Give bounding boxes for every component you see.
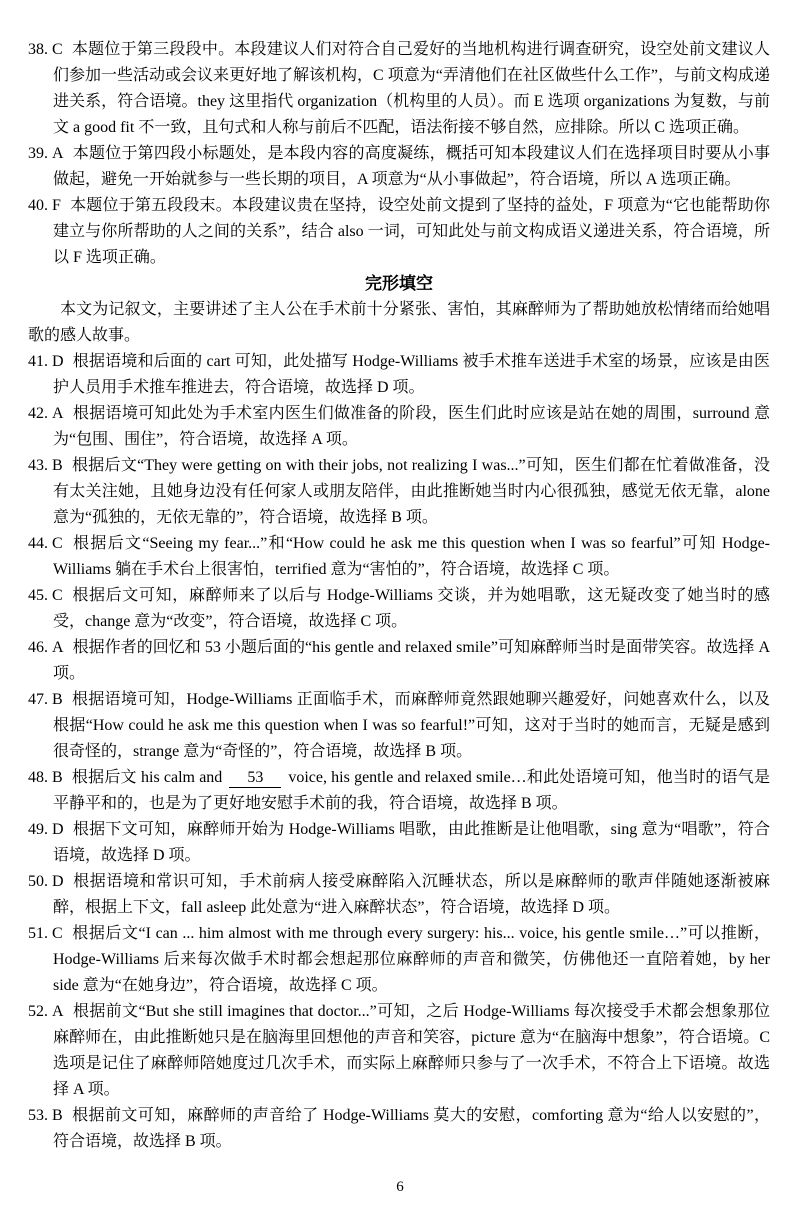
explanation-item-46: 46.A根据作者的回忆和 53 小题后面的“his gentle and rel… bbox=[28, 635, 770, 687]
item-text: 根据作者的回忆和 53 小题后面的“his gentle and relaxed… bbox=[53, 639, 770, 682]
item-answer: C bbox=[52, 535, 63, 552]
item-number: 46. bbox=[28, 639, 48, 656]
item-number: 44. bbox=[28, 535, 48, 552]
item-number: 48. bbox=[28, 769, 48, 786]
answer-key-page: { "page": { "number": "6" }, "reading": … bbox=[0, 0, 800, 1214]
item-answer: D bbox=[52, 353, 64, 370]
explanation-item-52: 52.A根据前文“But she still imagines that doc… bbox=[28, 999, 770, 1103]
item-answer: B bbox=[52, 457, 63, 474]
cloze-intro: 本文为记叙文，主要讲述了主人公在手术前十分紧张、害怕，其麻醉师为了帮助她放松情绪… bbox=[28, 297, 770, 349]
item-answer: C bbox=[52, 587, 63, 604]
item-text: 根据后文“They were getting on with their job… bbox=[53, 457, 770, 526]
item-answer: C bbox=[52, 41, 63, 58]
item-answer: A bbox=[52, 405, 64, 422]
explanation-item-44: 44.C根据后文“Seeing my fear...”和“How could h… bbox=[28, 531, 770, 583]
item-answer: B bbox=[52, 691, 63, 708]
item-number: 50. bbox=[28, 873, 48, 890]
explanation-item-41: 41.D根据语境和后面的 cart 可知，此处描写 Hodge-Williams… bbox=[28, 349, 770, 401]
explanation-item-51: 51.C根据后文“I can ... him almost with me th… bbox=[28, 921, 770, 999]
item-text: 根据后文“Seeing my fear...”和“How could he as… bbox=[53, 535, 770, 578]
item-answer: A bbox=[52, 1003, 64, 1020]
explanation-item-43: 43.B根据后文“They were getting on with their… bbox=[28, 453, 770, 531]
item-answer: D bbox=[52, 873, 64, 890]
section-title-cloze: 完形填空 bbox=[28, 271, 770, 297]
item-number: 41. bbox=[28, 353, 48, 370]
item-number: 40. bbox=[28, 197, 48, 214]
item-number: 53. bbox=[28, 1107, 48, 1124]
explanation-item-53: 53.B根据前文可知，麻醉师的声音给了 Hodge-Williams 莫大的安慰… bbox=[28, 1103, 770, 1155]
item-text: 根据后文 his calm and bbox=[72, 769, 223, 786]
item-text: 根据前文“But she still imagines that doctor.… bbox=[53, 1003, 770, 1098]
explanation-item-50: 50.D根据语境和常识可知，手术前病人接受麻醉陷入沉睡状态，所以是麻醉师的歌声伴… bbox=[28, 869, 770, 921]
item-text: 根据前文可知，麻醉师的声音给了 Hodge-Williams 莫大的安慰，com… bbox=[53, 1107, 770, 1150]
item-number: 43. bbox=[28, 457, 48, 474]
item-number: 39. bbox=[28, 145, 48, 162]
item-number: 47. bbox=[28, 691, 48, 708]
item-text: 根据语境和后面的 cart 可知，此处描写 Hodge-Williams 被手术… bbox=[53, 353, 770, 396]
explanation-item-39: 39.A本题位于第四段小标题处，是本段内容的高度凝练，概括可知本段建议人们在选择… bbox=[28, 141, 770, 193]
item-answer: C bbox=[52, 925, 63, 942]
page-number: 6 bbox=[396, 1179, 404, 1195]
item-answer: B bbox=[52, 1107, 63, 1124]
item-answer: F bbox=[52, 197, 61, 214]
item-text: 根据语境可知，Hodge-Williams 正面临手术，而麻醉师竟然跟她聊兴趣爱… bbox=[53, 691, 770, 760]
explanation-item-40: 40.F本题位于第五段段末。本段建议贵在坚持，设空处前文提到了坚持的益处，F 项… bbox=[28, 193, 770, 271]
item-number: 42. bbox=[28, 405, 48, 422]
explanation-item-47: 47.B根据语境可知，Hodge-Williams 正面临手术，而麻醉师竟然跟她… bbox=[28, 687, 770, 765]
item-text: 本题位于第五段段末。本段建议贵在坚持，设空处前文提到了坚持的益处，F 项意为“它… bbox=[53, 197, 770, 266]
explanation-item-45: 45.C根据后文可知，麻醉师来了以后与 Hodge-Williams 交谈，并为… bbox=[28, 583, 770, 635]
item-answer: A bbox=[52, 639, 64, 656]
item-answer: B bbox=[52, 769, 63, 786]
item-number: 45. bbox=[28, 587, 48, 604]
cloze-blank-53: 53 bbox=[229, 768, 281, 788]
item-number: 51. bbox=[28, 925, 48, 942]
item-text: 根据后文“I can ... him almost with me throug… bbox=[53, 925, 770, 994]
explanation-item-49: 49.D根据下文可知，麻醉师开始为 Hodge-Williams 唱歌，由此推断… bbox=[28, 817, 770, 869]
item-text: 根据语境可知此处为手术室内医生们做准备的阶段，医生们此时应该是站在她的周围，su… bbox=[53, 405, 770, 448]
item-number: 49. bbox=[28, 821, 48, 838]
item-text: 本题位于第三段段中。本段建议人们对符合自己爱好的当地机构进行调查研究，设空处前文… bbox=[53, 41, 770, 136]
answer-explanations: 38.C本题位于第三段段中。本段建议人们对符合自己爱好的当地机构进行调查研究，设… bbox=[0, 0, 800, 1155]
explanation-item-42: 42.A根据语境可知此处为手术室内医生们做准备的阶段，医生们此时应该是站在她的周… bbox=[28, 401, 770, 453]
item-text: 根据语境和常识可知，手术前病人接受麻醉陷入沉睡状态，所以是麻醉师的歌声伴随她逐渐… bbox=[53, 873, 770, 916]
item-text: 根据下文可知，麻醉师开始为 Hodge-Williams 唱歌，由此推断是让他唱… bbox=[53, 821, 770, 864]
item-text: 本题位于第四段小标题处，是本段内容的高度凝练，概括可知本段建议人们在选择项目时要… bbox=[53, 145, 770, 188]
item-answer: D bbox=[52, 821, 64, 838]
item-answer: A bbox=[52, 145, 64, 162]
item-text: 根据后文可知，麻醉师来了以后与 Hodge-Williams 交谈，并为她唱歌，… bbox=[53, 587, 770, 630]
explanation-item-38: 38.C本题位于第三段段中。本段建议人们对符合自己爱好的当地机构进行调查研究，设… bbox=[28, 37, 770, 141]
item-number: 38. bbox=[28, 41, 48, 58]
item-number: 52. bbox=[28, 1003, 48, 1020]
page-footer: 6 bbox=[0, 1174, 800, 1200]
explanation-item-48: 48.B根据后文 his calm and53voice, his gentle… bbox=[28, 765, 770, 817]
